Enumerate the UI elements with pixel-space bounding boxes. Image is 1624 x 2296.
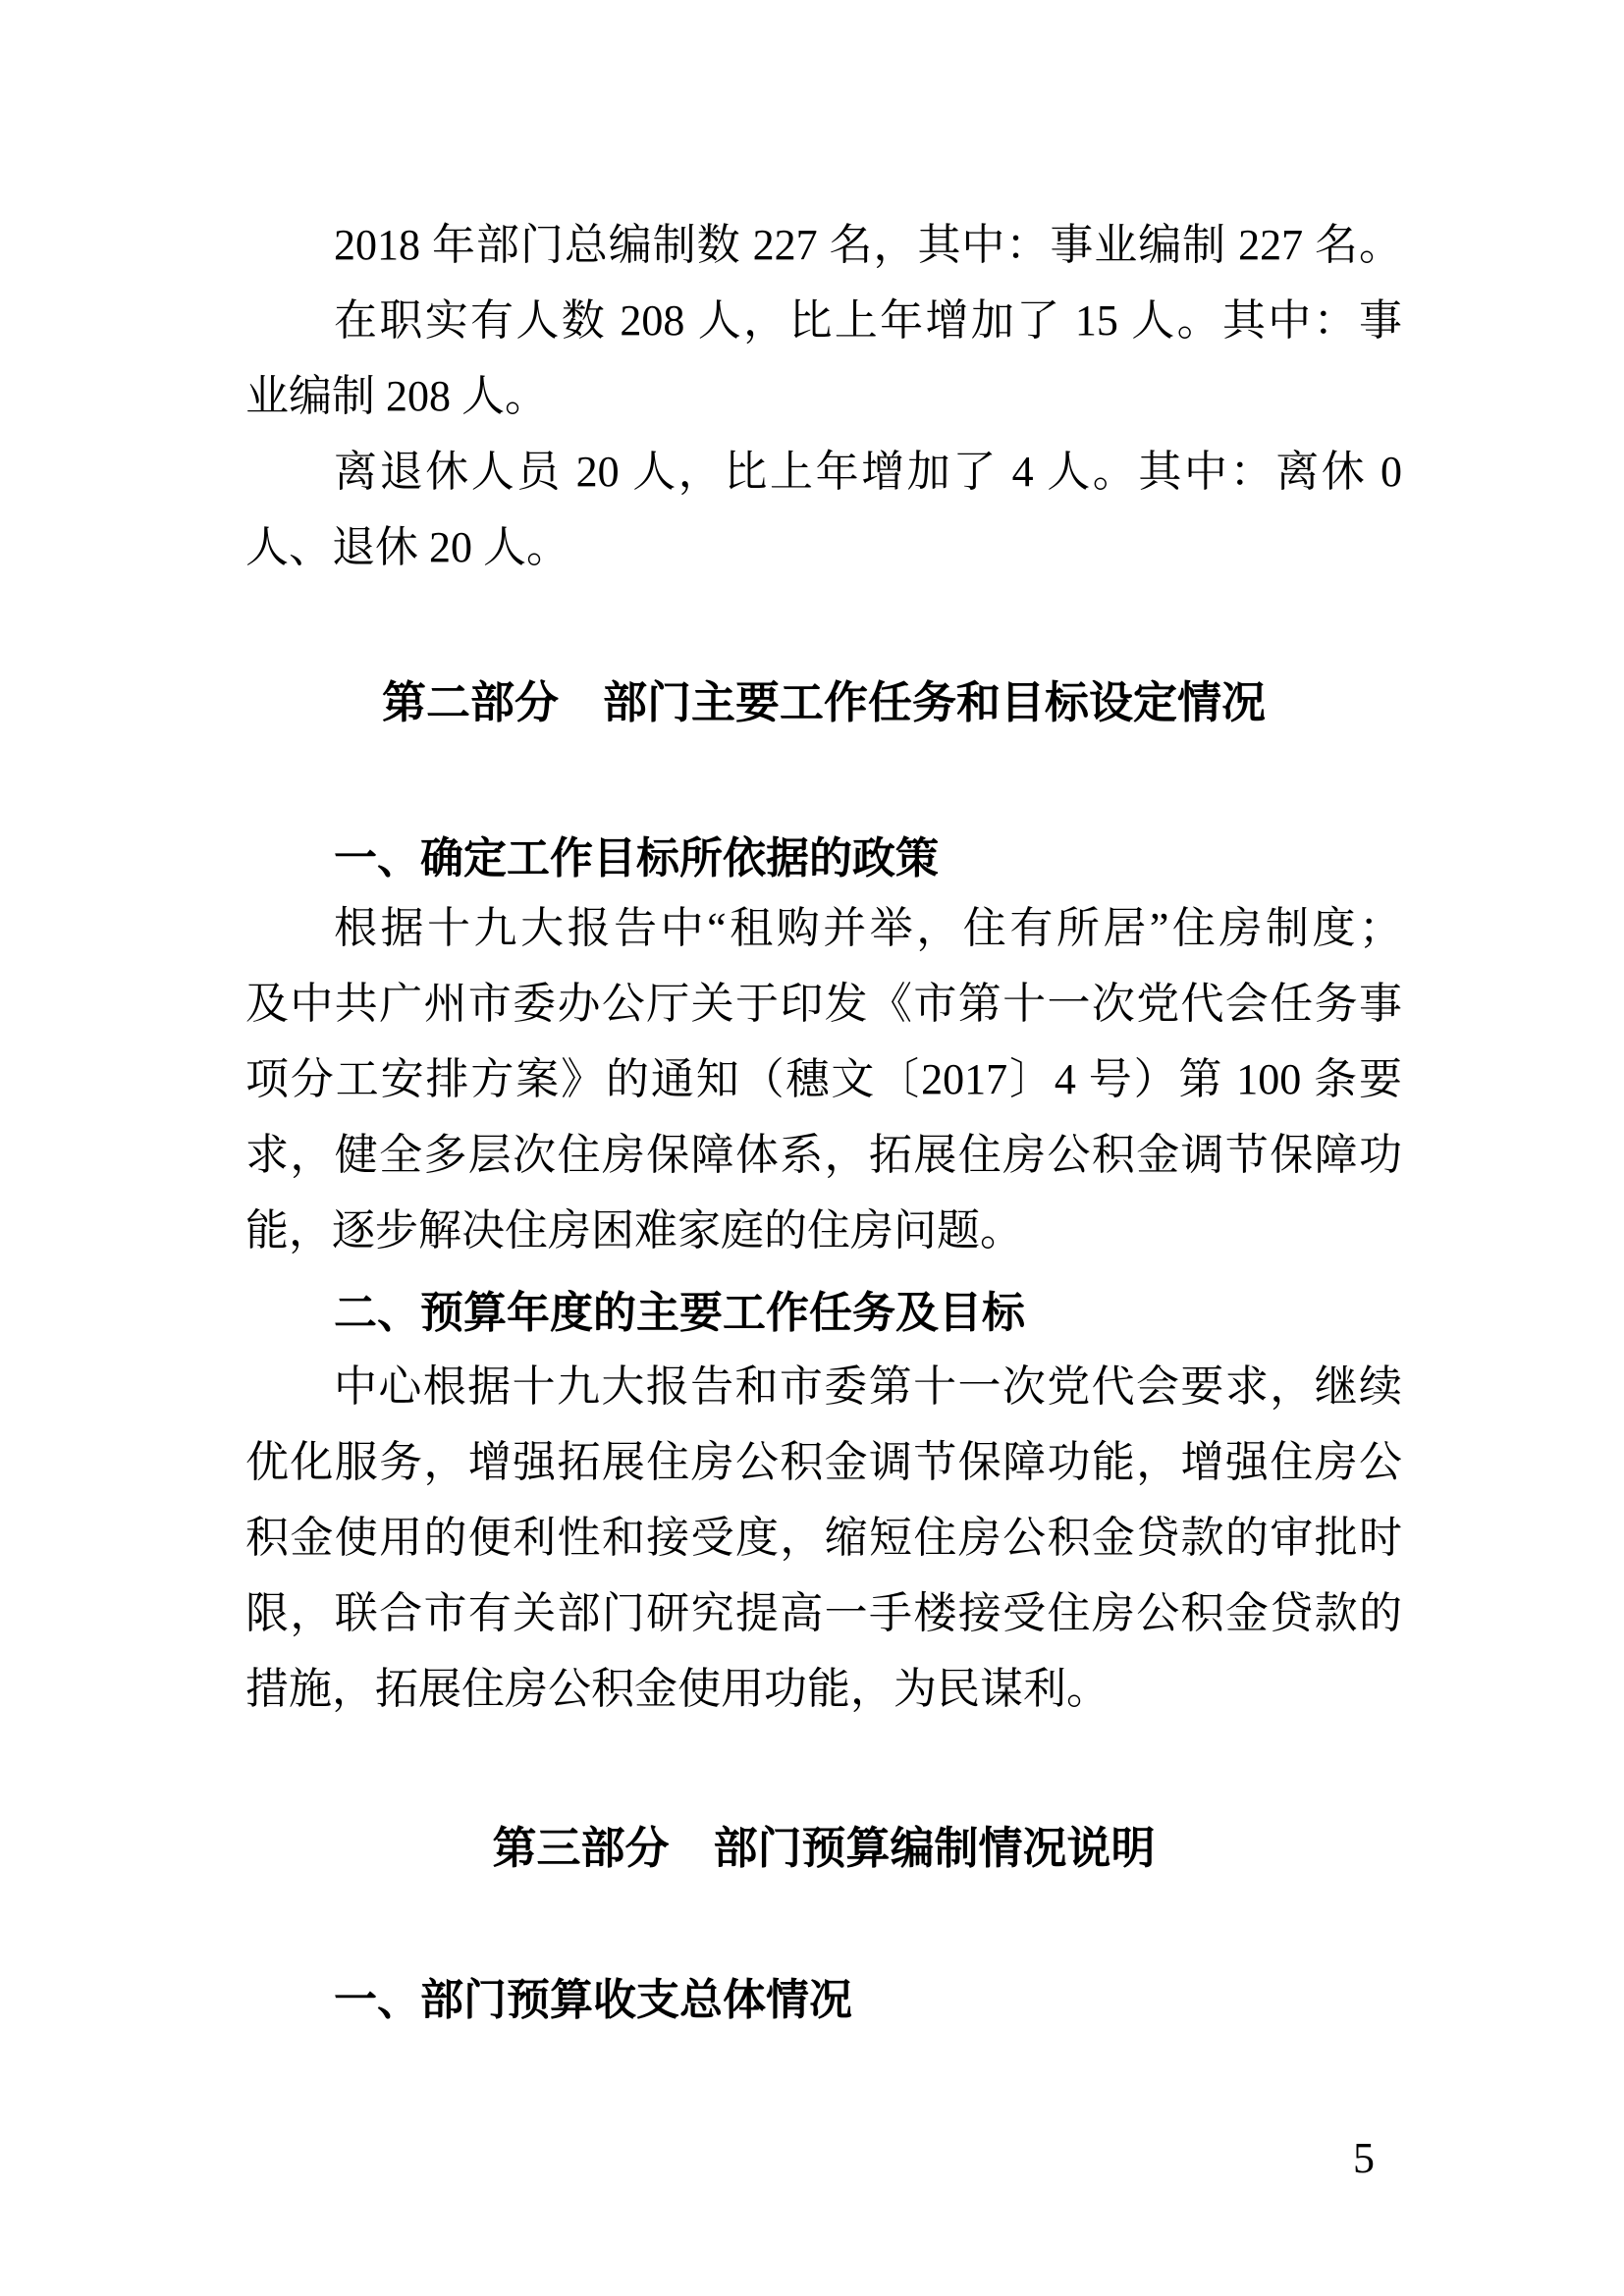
text-line: 中心根据十九大报告和市委第十一次党代会要求，继续	[245, 1349, 1402, 1424]
section-heading-part3: 第三部分 部门预算编制情况说明	[245, 1809, 1402, 1888]
text-line: 限，联合市有关部门研究提高一手楼接受住房公积金贷款的	[245, 1575, 1402, 1651]
paragraph-active-staff: 在职实有人数 208 人，比上年增加了 15 人。其中：事 业编制 208 人。	[245, 283, 1402, 434]
text-line: 积金使用的便利性和接受度，缩短住房公积金贷款的审批时	[245, 1500, 1402, 1575]
subsection-heading-policy-basis: 一、确定工作目标所依据的政策	[245, 821, 1490, 896]
text-line: 优化服务，增强拓展住房公积金调节保障功能，增强住房公	[245, 1424, 1402, 1500]
text-line: 业编制 208 人。	[245, 358, 1402, 434]
text-line: 人、退休 20 人。	[245, 509, 1402, 585]
text-line: 能，逐步解决住房困难家庭的住房问题。	[245, 1193, 1402, 1268]
page-number: 5	[1353, 2120, 1375, 2196]
subsection-heading-budget-overview: 一、部门预算收支总体情况	[245, 1962, 1490, 2038]
paragraph-staffing-total: 2018 年部门总编制数 227 名，其中：事业编制 227 名。	[245, 207, 1402, 283]
text-line: 措施，拓展住房公积金使用功能，为民谋利。	[245, 1651, 1402, 1727]
text-line: 项分工安排方案》的通知（穗文〔2017〕4 号）第 100 条要	[245, 1041, 1402, 1117]
paragraph-policy-basis: 根据十九大报告中“租购并举，住有所居”住房制度； 及中共广州市委办公厅关于印发《…	[245, 890, 1402, 1268]
subsection-heading-annual-tasks: 二、预算年度的主要工作任务及目标	[245, 1275, 1490, 1351]
paragraph-annual-tasks: 中心根据十九大报告和市委第十一次党代会要求，继续 优化服务，增强拓展住房公积金调…	[245, 1349, 1402, 1727]
text-line: 求，健全多层次住房保障体系，拓展住房公积金调节保障功	[245, 1117, 1402, 1193]
text-line: 离退休人员 20 人，比上年增加了 4 人。其中：离休 0	[245, 434, 1402, 509]
text-line: 根据十九大报告中“租购并举，住有所居”住房制度；	[245, 890, 1402, 966]
text-line: 2018 年部门总编制数 227 名，其中：事业编制 227 名。	[245, 207, 1402, 283]
section-heading-part2: 第二部分 部门主要工作任务和目标设定情况	[245, 664, 1402, 742]
text-line: 在职实有人数 208 人，比上年增加了 15 人。其中：事	[245, 283, 1402, 358]
text-line: 及中共广州市委办公厅关于印发《市第十一次党代会任务事	[245, 966, 1402, 1041]
paragraph-retired-staff: 离退休人员 20 人，比上年增加了 4 人。其中：离休 0 人、退休 20 人。	[245, 434, 1402, 585]
document-page: 2018 年部门总编制数 227 名，其中：事业编制 227 名。 在职实有人数…	[0, 0, 1624, 2296]
